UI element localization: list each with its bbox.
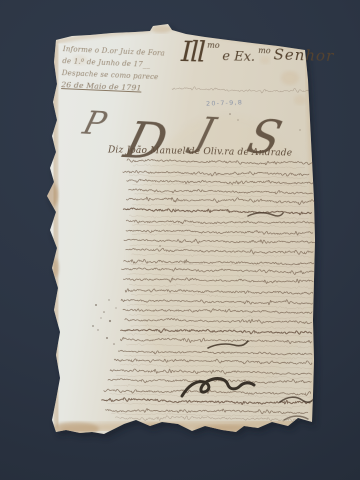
ink-speck bbox=[113, 343, 115, 345]
ink-speck bbox=[229, 113, 231, 115]
ink-speck bbox=[299, 129, 300, 130]
ink-speck bbox=[109, 320, 111, 322]
ink-speck bbox=[100, 317, 101, 318]
ink-speck bbox=[171, 197, 172, 198]
ink-speck bbox=[92, 325, 94, 327]
ink-speck bbox=[108, 299, 109, 300]
ink-speck bbox=[115, 307, 116, 308]
manuscript-photo-canvas bbox=[0, 0, 360, 480]
manuscript-photograph: Informe o D.or Juiz de Fora de 1.º de Ju… bbox=[0, 0, 360, 480]
ink-speck bbox=[95, 304, 97, 306]
ink-speck bbox=[106, 337, 108, 339]
ink-speck bbox=[103, 311, 105, 313]
ink-speck bbox=[97, 329, 98, 330]
ink-speck bbox=[237, 119, 238, 120]
ink-speck bbox=[159, 245, 160, 246]
